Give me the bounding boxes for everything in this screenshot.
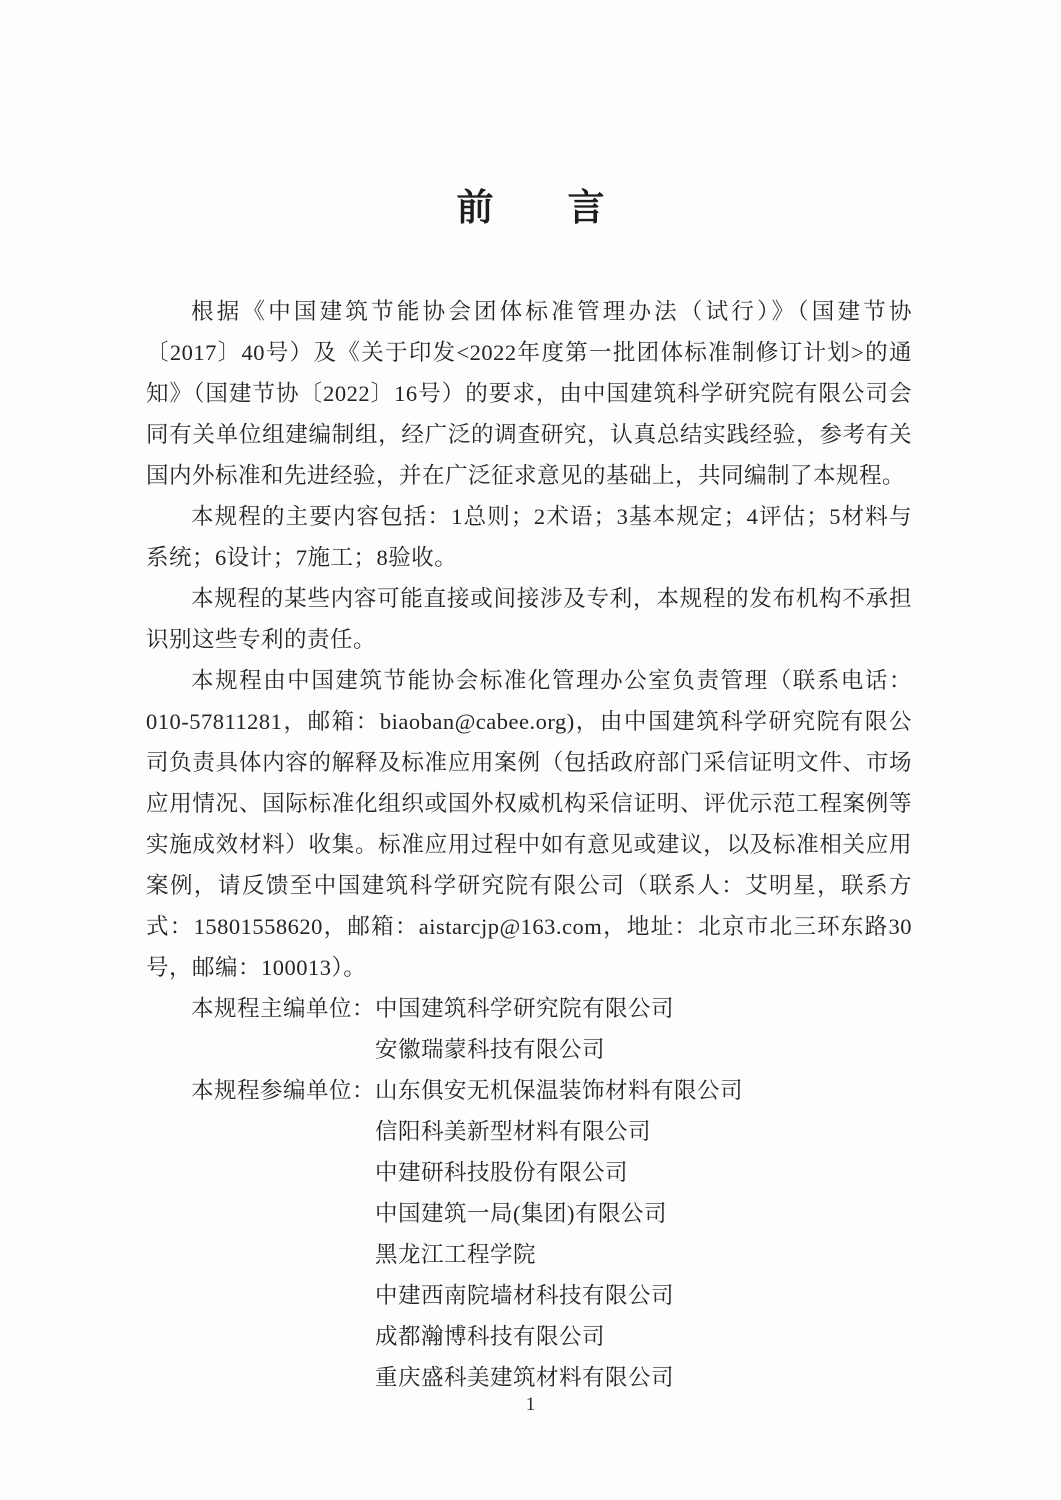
chief-editor-label: 本规程主编单位： xyxy=(146,988,375,1029)
organization: 山东俱安无机保温装饰材料有限公司 xyxy=(375,1070,912,1111)
organization: 中建研科技股份有限公司 xyxy=(375,1152,912,1193)
organization: 中建西南院墙材科技有限公司 xyxy=(375,1275,912,1316)
participating-editor-label: 本规程参编单位： xyxy=(146,1070,375,1111)
document-page: 前 言 根据《中国建筑节能协会团体标准管理办法（试行）》（国建节协〔2017〕4… xyxy=(0,0,1061,1500)
page-number: 1 xyxy=(0,1390,1061,1420)
participating-editor-section: 本规程参编单位： 山东俱安无机保温装饰材料有限公司 信阳科美新型材料有限公司 中… xyxy=(146,1070,912,1398)
paragraph-management-contact: 本规程由中国建筑节能协会标准化管理办公室负责管理（联系电话：010-578112… xyxy=(146,660,912,988)
paragraph-contents: 本规程的主要内容包括：1总则；2术语；3基本规定；4评估；5材料与系统；6设计；… xyxy=(146,496,912,578)
chief-editor-section: 本规程主编单位： 中国建筑科学研究院有限公司 安徽瑞蒙科技有限公司 xyxy=(146,988,912,1070)
organization: 中国建筑科学研究院有限公司 xyxy=(375,988,912,1029)
organization: 中国建筑一局(集团)有限公司 xyxy=(375,1193,912,1234)
page-title: 前 言 xyxy=(0,184,1061,232)
organization: 安徽瑞蒙科技有限公司 xyxy=(375,1029,912,1070)
document-body: 根据《中国建筑节能协会团体标准管理办法（试行）》（国建节协〔2017〕40号）及… xyxy=(146,291,912,1398)
paragraph-patent-disclaimer: 本规程的某些内容可能直接或间接涉及专利，本规程的发布机构不承担识别这些专利的责任… xyxy=(146,578,912,660)
chief-editor-org-list: 中国建筑科学研究院有限公司 安徽瑞蒙科技有限公司 xyxy=(375,988,912,1070)
organization: 信阳科美新型材料有限公司 xyxy=(375,1111,912,1152)
organization: 黑龙江工程学院 xyxy=(375,1234,912,1275)
organization: 成都瀚博科技有限公司 xyxy=(375,1316,912,1357)
paragraph-basis: 根据《中国建筑节能协会团体标准管理办法（试行）》（国建节协〔2017〕40号）及… xyxy=(146,291,912,496)
participating-editor-org-list: 山东俱安无机保温装饰材料有限公司 信阳科美新型材料有限公司 中建研科技股份有限公… xyxy=(375,1070,912,1398)
